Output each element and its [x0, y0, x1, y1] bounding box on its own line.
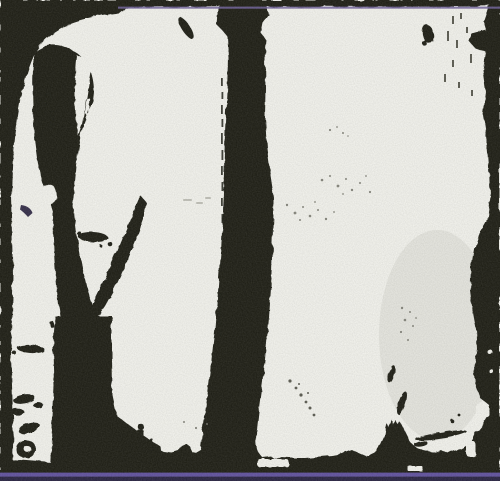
- photo-canvas: Scanned black-and-white photograph of tr…: [0, 0, 500, 481]
- scanned-photo: Scanned black-and-white photograph of tr…: [0, 0, 500, 481]
- scan-grain: [0, 0, 500, 481]
